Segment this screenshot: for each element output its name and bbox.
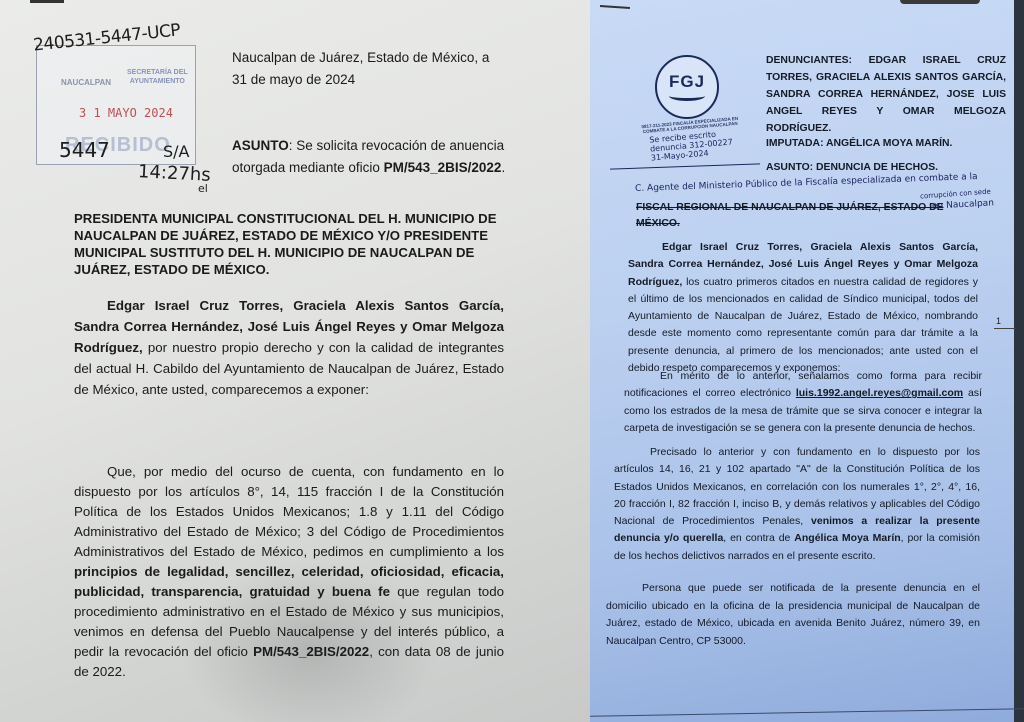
stamp-office: SECRETARÍA DEL AYUNTAMIENTO — [127, 68, 188, 86]
fgj-seal-icon: FGJ — [655, 55, 719, 119]
accused: IMPUTADA: ANGÉLICA MOYA MARÍN. — [766, 136, 1006, 152]
naucalpan-logo-text: NAUCALPAN — [61, 78, 111, 87]
top-edge-mark — [30, 0, 64, 3]
background-edge — [1014, 0, 1024, 722]
handwritten-sa: S/A — [163, 142, 190, 161]
place-date: Naucalpan de Juárez, Estado de México, a… — [232, 47, 502, 91]
shadow — [900, 0, 980, 4]
paragraph-petitioners: Edgar Israel Cruz Torres, Graciela Alexi… — [74, 295, 504, 400]
page-number: 1 — [996, 316, 1001, 326]
page-number-line — [994, 328, 1016, 329]
complainants: DENUNCIANTES: EDGAR ISRAEL CRUZ TORRES, … — [766, 52, 1006, 137]
received-stamp: 240531-5447-UCP NAUCALPAN SECRETARÍA DEL… — [36, 45, 196, 165]
addressee: PRESIDENTA MUNICIPAL CONSTITUCIONAL DEL … — [74, 210, 504, 278]
paragraph-address: Persona que puede ser notificada de la p… — [606, 580, 980, 651]
struck-addressee: FISCAL REGIONAL DE NAUCALPAN DE JUÁREZ, … — [636, 200, 966, 231]
wing-icon — [669, 91, 705, 101]
subject: ASUNTO: Se solicita revocación de anuenc… — [232, 135, 512, 179]
paragraph-complainants: Edgar Israel Cruz Torres, Graciela Alexi… — [628, 239, 978, 377]
handwritten-initial: el — [198, 182, 208, 195]
stamp-date: 3 1 MAYO 2024 — [79, 106, 173, 120]
paragraph-legal-basis: Precisado lo anterior y con fundamento e… — [614, 444, 980, 565]
paragraph-notifications: En mérito de lo anterior, señalamos como… — [624, 368, 982, 437]
email-link[interactable]: luis.1992.angel.reyes@gmail.com — [796, 387, 963, 399]
handwritten-number: 5447 — [59, 138, 110, 162]
paragraph-request: Que, por medio del ocurso de cuenta, con… — [74, 462, 504, 682]
